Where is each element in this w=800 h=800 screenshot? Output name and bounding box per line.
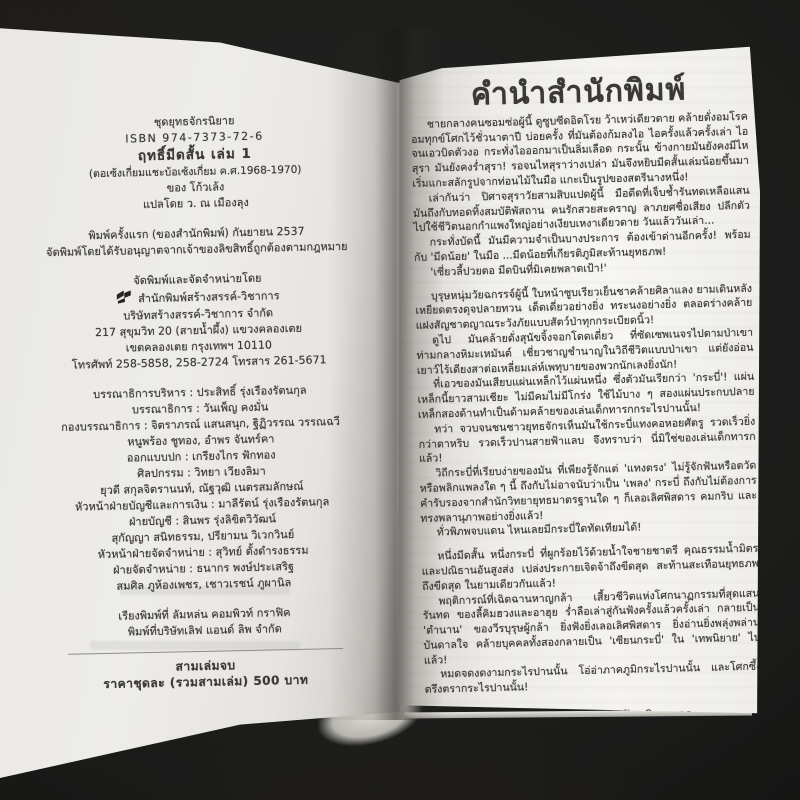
- right-page: คำนำสำนักพิมพ์ ชายกลางคนซอมซ่อผู้นี้ ดูซ…: [398, 44, 760, 716]
- preface-paragraph: วิถีกระบี่ที่เรียบง่ายของมัน ที่เพียงรู้…: [419, 459, 757, 526]
- open-book: ชุดยุทธจักรนิยาย ISBN 974-7373-72-6 ฤทธิ…: [0, 0, 800, 800]
- preface-title: คำนำสำนักพิมพ์: [410, 82, 747, 105]
- colophon: ชุดยุทธจักรนิยาย ISBN 974-7373-72-6 ฤทธิ…: [30, 111, 371, 766]
- photo-of-open-book: ชุดยุทธจักรนิยาย ISBN 974-7373-72-6 ฤทธิ…: [0, 0, 800, 800]
- divider-rule: [68, 648, 343, 655]
- publisher-signature: สำนักพิมพ์สร้างสรรค์-วิชาการ: [575, 723, 747, 747]
- left-page: ชุดยุทธจักรนิยาย ISBN 974-7373-72-6 ฤทธิ…: [0, 26, 400, 778]
- preface: คำนำสำนักพิมพ์ ชายกลางคนซอมซ่อผู้นี้ ดูซ…: [410, 82, 763, 751]
- publisher-name: สำนักพิมพ์สร้างสรรค์-วิชาการ: [138, 288, 280, 307]
- preface-paragraph: พฤติการณ์ที่เฉิดฉานหาญกล้า เสี้ยวชีวิตแห…: [422, 586, 761, 668]
- publisher-logo-icon: [116, 289, 132, 308]
- preface-paragraph: ชายกลางคนซอมซ่อผู้นี้ ดูซูบซีดอิดโรย ว้า…: [411, 110, 750, 192]
